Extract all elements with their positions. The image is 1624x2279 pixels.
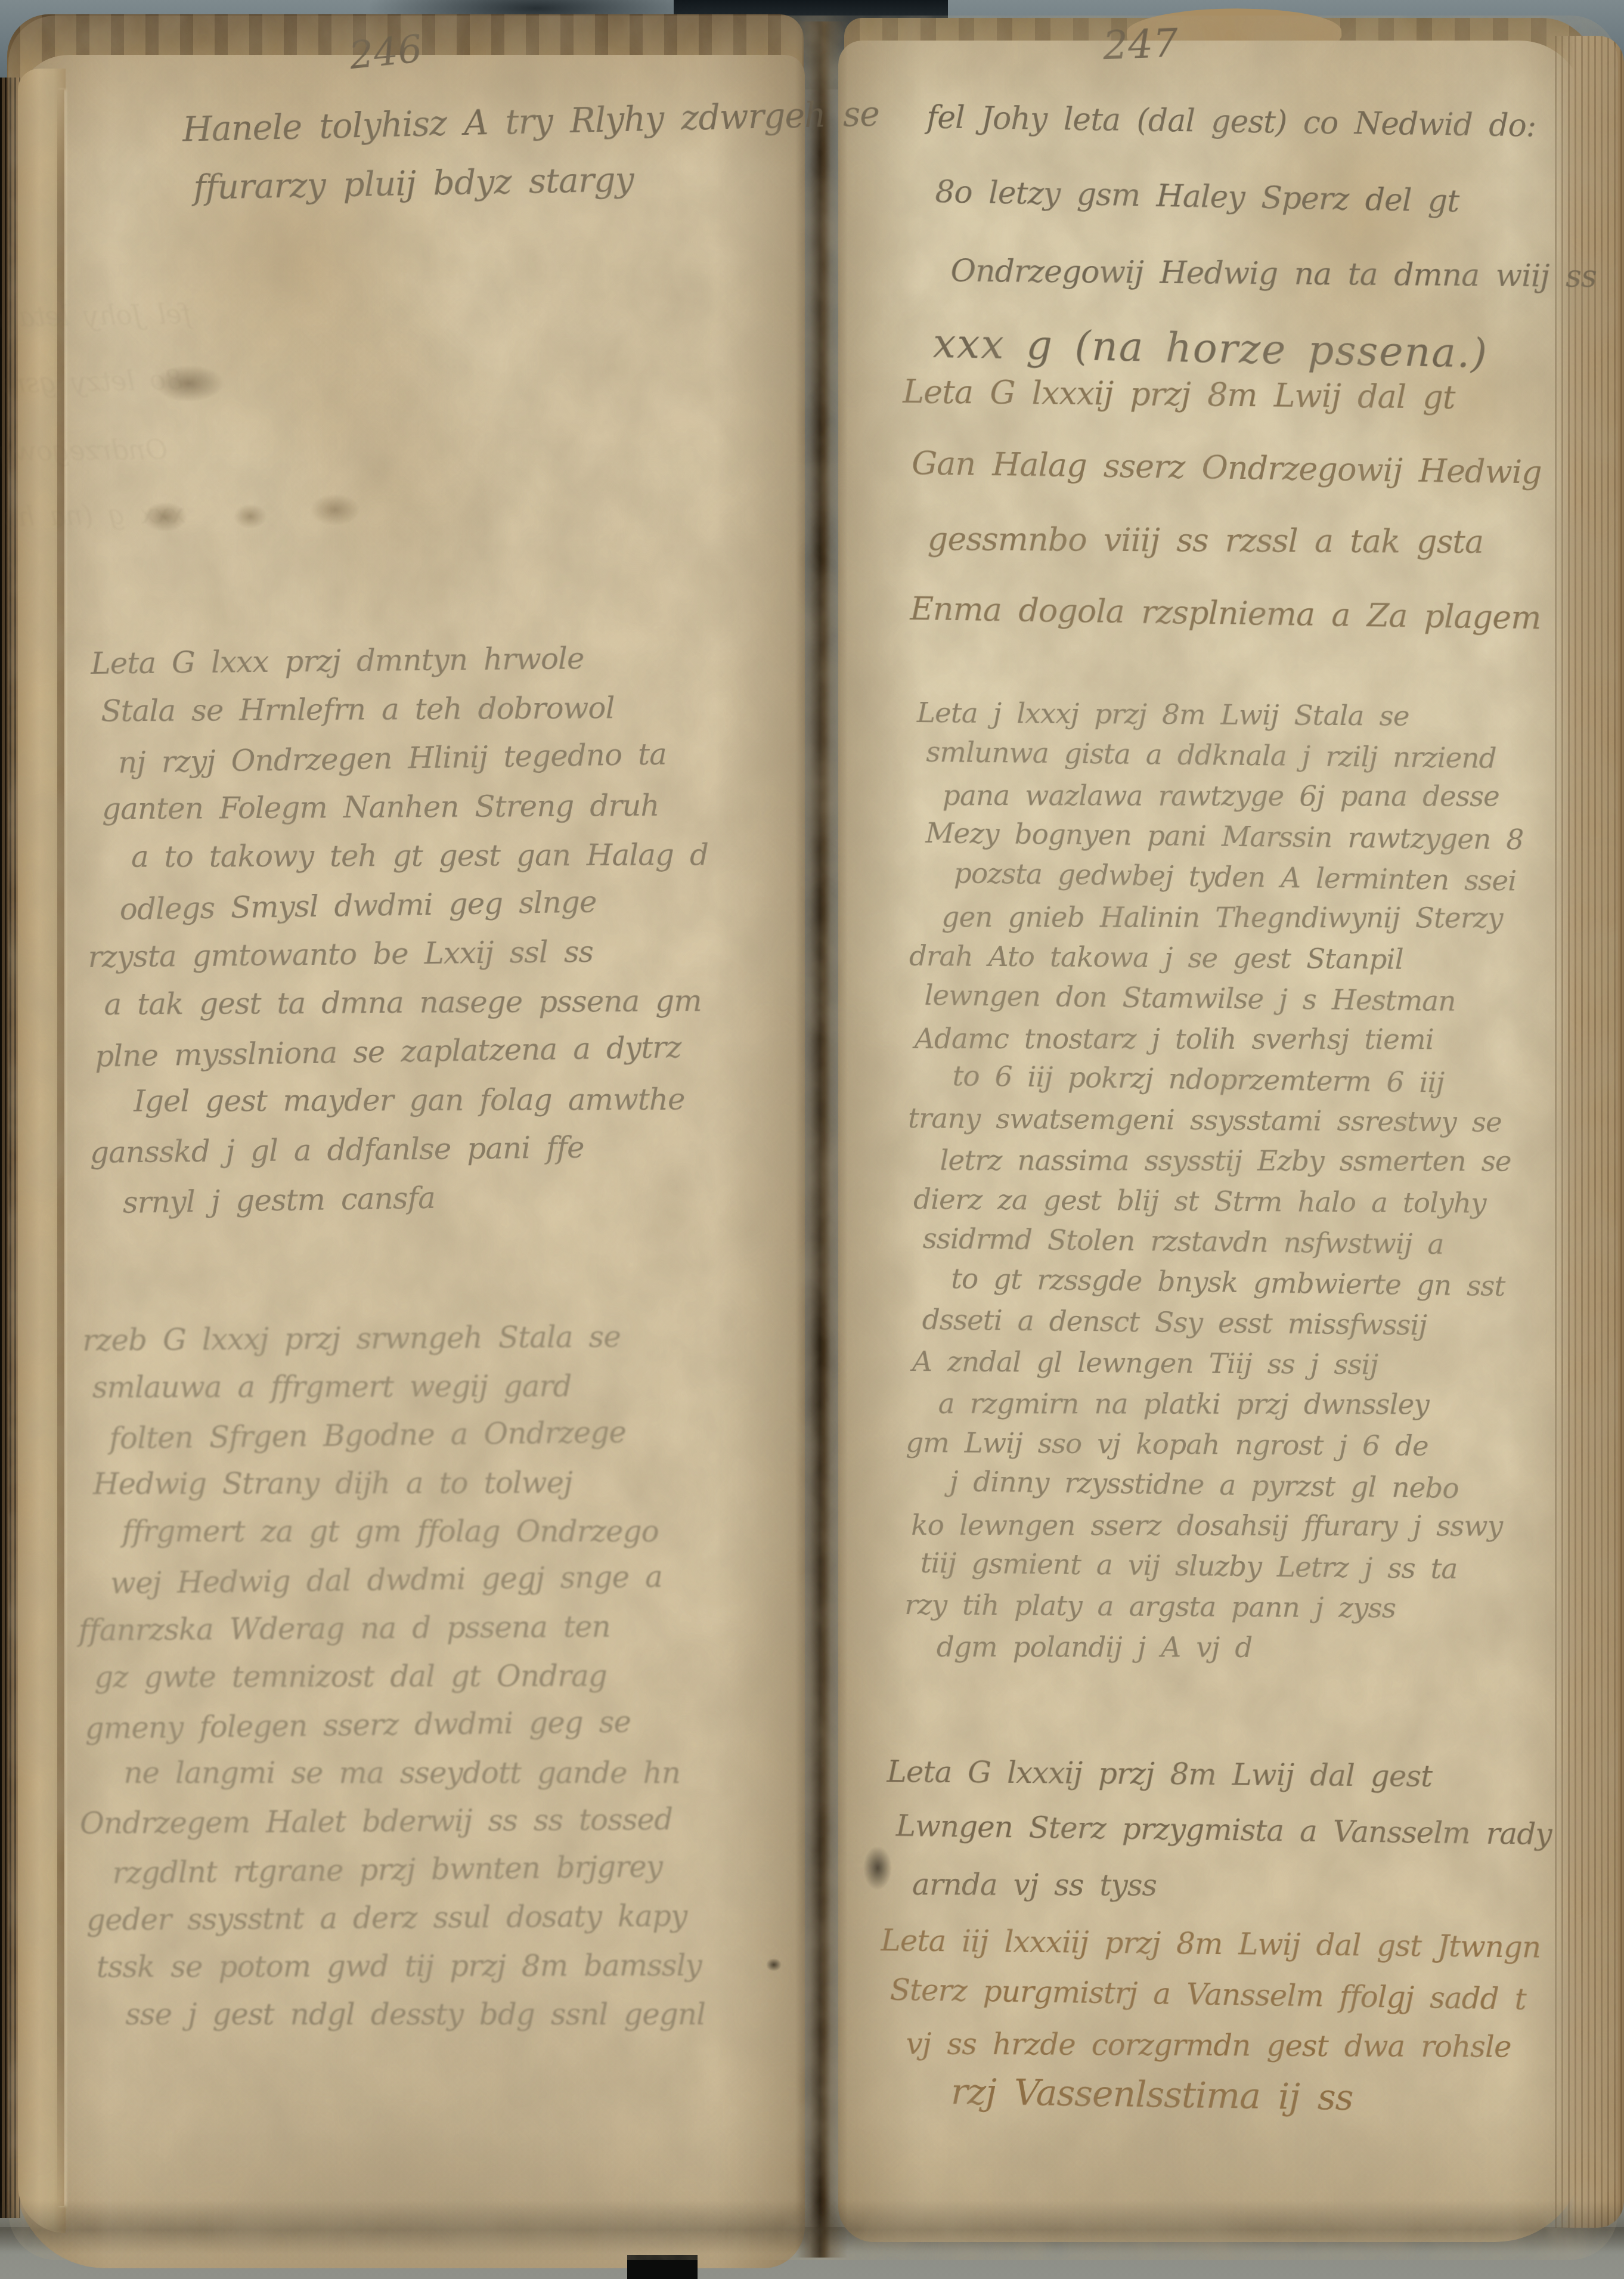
manuscript-line: Leta j lxxxj przj 8m Lwij Stala se [917,693,1524,738]
manuscript-line: ne langmi se ma sseydott gande hn [123,1749,703,1797]
manuscript-line: Igel gest mayder gan folag amwthe [134,1075,711,1125]
manuscript-line: Ondrzegem Halet bderwij ss ss tossed [80,1795,704,1848]
manuscript-line: ffrgmert za gt gm ffolag Ondrzego [122,1507,702,1556]
manuscript-line: 8o letzy gsm Haley Sperz del gt [0,346,184,426]
manuscript-line: dsseti a densct Ssy esst missfwssij [922,1300,1520,1347]
manuscript-line: ganten Folegm Nanhen Streng druh [102,781,708,833]
manuscript-line: ko lewngen sserz dosahsij ffurary j sswy [911,1506,1518,1547]
manuscript-line: a rzgmirn na platki przj dwnssley [938,1384,1520,1426]
manuscript-line: ffurarzy pluij bdyz stargy [193,145,881,218]
manuscript-line: rzeb G lxxxj przj srwngeh Stala se [82,1312,701,1365]
manuscript-line: sse j gest ndgl dessty bdg ssnl gegnl [125,1990,705,2039]
manuscript-line: A zndal gl lewngen Tiij ss j ssij [912,1342,1520,1386]
manuscript-line: plne mysslniona se zaplatzena a dytrz [95,1022,711,1080]
manuscript-line: geder ssysstnt a derz ssul dosaty kapy [86,1892,705,1944]
manuscript-line: to gt rzssgde bnysk gmbwierte gn sst [951,1259,1521,1307]
manuscript-line: Ondrzegowij Hedwig na ta dmna wiij ss [0,416,168,490]
manuscript-line: fel Johy leta (dal gest) co Nedwid do: [926,80,1599,165]
manuscript-line: dgm polandij j A vj d [937,1627,1518,1669]
manuscript-line: gmeny folegen sserz dwdmi geg se [85,1697,703,1753]
entry-right-3: Leta j lxxxj przj 8m Lwij Stala sesmlunw… [904,693,1524,1670]
manuscript-line: trany swatsemgeni ssysstami ssrestwy se [908,1098,1521,1143]
manuscript-line: nj rzyj Ondrzegen Hlinij tegedno ta [118,729,708,787]
manuscript-line: rzgdlnt rtgrane przj bwnten brjgrey [112,1842,705,1897]
manuscript-line: smlauwa a ffrgmert wegij gard [92,1362,701,1412]
manuscript-scan: 246 247 Hanele tolyhisz A try Rlyhy zdwr… [0,0,1624,2279]
manuscript-line: Leta G lxxxij przj 8m Lwij dal gest [887,1744,1552,1806]
manuscript-line: xxx g (na horze pssena.) [0,479,186,559]
entry-left-2: rzeb G lxxxj przj srwngeh Stala sesmlauw… [76,1312,705,2041]
manuscript-line: Adamc tnostarz j tolih sverhsj tiemi [915,1019,1522,1061]
manuscript-line: Mezy bognyen pani Marssin rawtzygen 8 [925,813,1524,860]
manuscript-line: Gan Halag sserz Ondrzegowij Hedwig [911,427,1543,509]
folio-number-right: 247 [1102,20,1179,69]
manuscript-line: pana wazlawa rawtzyge 6j pana desse [943,776,1524,818]
entry-left-1: Leta G lxxx przj dmntyn hrwoleStala se H… [85,633,712,1226]
manuscript-line: gansskd j gl a ddfanlse pani ffe [90,1122,712,1177]
folio-number-left: 246 [347,27,424,79]
manuscript-line: letrz nassima ssysstij Ezby ssmerten se [940,1141,1521,1182]
manuscript-line: smlunwa gista a ddknala j rzilj nrziend [926,732,1524,779]
manuscript-line: Leta iij lxxxiij przj 8m Lwij dal gst Jt… [881,1915,1541,1973]
manuscript-line: Enma dogola rzsplniema a Za plagem [910,572,1542,655]
book-gutter [795,21,848,2258]
entry-right-4: Leta G lxxxij przj 8m Lwij dal gestLwnge… [880,1744,1552,1916]
manuscript-line: Ondrzegowij Hedwig na ta dmna wiij ss [950,234,1597,315]
manuscript-line: Lwngen Sterz przygmista a Vansselm rady [895,1798,1552,1862]
manuscript-line: gm Lwij sso vj kopah ngrost j 6 de [906,1423,1519,1467]
manuscript-line: Sterz purgmistrj a Vansselm ffolgj sadd … [890,1965,1541,2025]
entry-right-1: fel Johy leta (dal gest) co Nedwid do:8o… [917,80,1599,392]
manuscript-line: ffanrzska Wderag na d pssena ten [78,1602,702,1655]
manuscript-line: Hedwig Strany dijh a to tolwej [93,1459,702,1509]
manuscript-line: to 6 iij pokrzj ndoprzemterm 6 iij [952,1056,1522,1104]
manuscript-line: folten Sfrgen Bgodne a Ondrzege [109,1407,702,1463]
manuscript-line: 8o letzy gsm Haley Sperz del gt [934,154,1598,242]
manuscript-line: rzj Vassenlsstima ij ss [950,2067,1539,2126]
manuscript-line: dierz za gest blij st Strm halo a tolyhy [913,1179,1521,1224]
manuscript-line: j dinny rzysstidne a pyrzst gl nebo [949,1461,1519,1510]
manuscript-line: a tak gest ta dmna nasege pssena gm [104,976,710,1029]
manuscript-line: Leta G lxxx przj dmntyn hrwole [91,633,706,688]
manuscript-line: srnyl j gestm cansfa [122,1169,712,1227]
manuscript-line: wej Hedwig dal dwdmi gegj snge a [110,1552,703,1608]
manuscript-line: tiij gsmient a vij sluzby Letrz j ss ta [920,1543,1518,1590]
manuscript-line: gen gnieb Halinin Thegndiwynij Sterzy [941,897,1523,939]
manuscript-line: ssidrmd Stolen rzstavdn nsfwstwij a [922,1219,1521,1266]
manuscript-line: rzysta gmtowanto be Lxxij ssl ss [88,926,709,981]
ink-bleed-through: fel Johy leta (dal gest) co Nedwid do:8o… [0,280,202,558]
manuscript-line: odlegs Smysl dwdmi geg slnge [119,875,709,934]
manuscript-line: a to takowy teh gt gest gan Halag d [131,830,708,881]
manuscript-line: gz gwte temnizost dal gt Ondrag [94,1652,703,1702]
manuscript-line: pozsta gedwbej tyden A lerminten ssei [953,853,1523,902]
manuscript-line: Leta G lxxxij przj 8m Lwij dal gt [903,355,1544,435]
manuscript-line: lewngen don Stamwilse j s Hestman [924,976,1523,1023]
manuscript-line: tssk se potom gwd tij przj 8m bamssly [97,1942,705,1992]
page-bottom-shadow [0,2200,1624,2254]
manuscript-line: gessmnbo viiij ss rzssl a tak gsta [927,503,1542,578]
manuscript-line: arnda vj ss tyss [912,1857,1551,1915]
entry-right-5: Leta iij lxxxiij przj 8m Lwij dal gst Jt… [873,1915,1541,2125]
manuscript-line: vj ss hrzde corzgrmdn gest dwa rohsle [906,2018,1540,2073]
manuscript-line: drah Ato takowa j se gest Stanpil [909,936,1523,981]
entry-heading-left: Hanele tolyhisz A try Rlyhy zdwrgeh seff… [176,84,881,219]
scanner-clamp-tab [627,2255,698,2279]
manuscript-line: Stala se Hrnlefrn a teh dobrowol [101,683,707,735]
manuscript-line: rzy tih platy a argsta pann j zyss [904,1585,1518,1630]
entry-right-2: Leta G lxxxij przj 8m Lwij dal gtGan Hal… [894,355,1544,653]
